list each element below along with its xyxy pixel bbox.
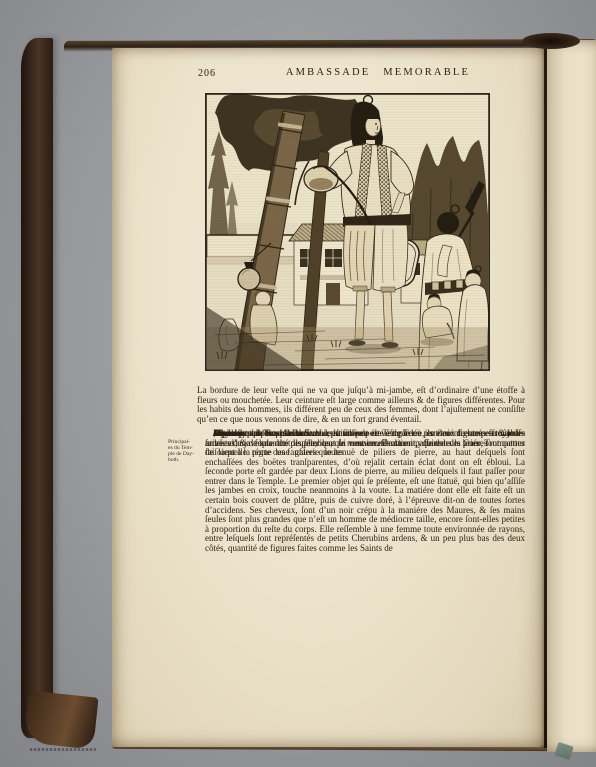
foxing-spot [272, 518, 298, 558]
book-cover-bottom-corner [23, 690, 98, 749]
facing-page-edge [547, 40, 596, 752]
engraving-illustration [205, 93, 490, 371]
page-number: 206 [198, 68, 216, 79]
margin-note: Principal- es du Tem- ple de Day- both. [168, 439, 197, 463]
running-title: AMBASSADE MEMORABLE [262, 67, 494, 78]
photo-watermark [30, 748, 96, 751]
book-page: 206 AMBASSADE MEMORABLE [112, 48, 544, 747]
engraving-texture [205, 93, 490, 371]
body-text: La bordure de leur veſte qui ne va que j… [197, 386, 525, 439]
book-page-block-edges [45, 52, 117, 742]
book-photograph: 206 AMBASSADE MEMORABLE [0, 0, 596, 767]
paragraph-1: La bordure de leur veſte qui ne va que j… [197, 386, 525, 424]
page-content: 206 AMBASSADE MEMORABLE [112, 48, 544, 747]
headband-knot [522, 33, 580, 49]
